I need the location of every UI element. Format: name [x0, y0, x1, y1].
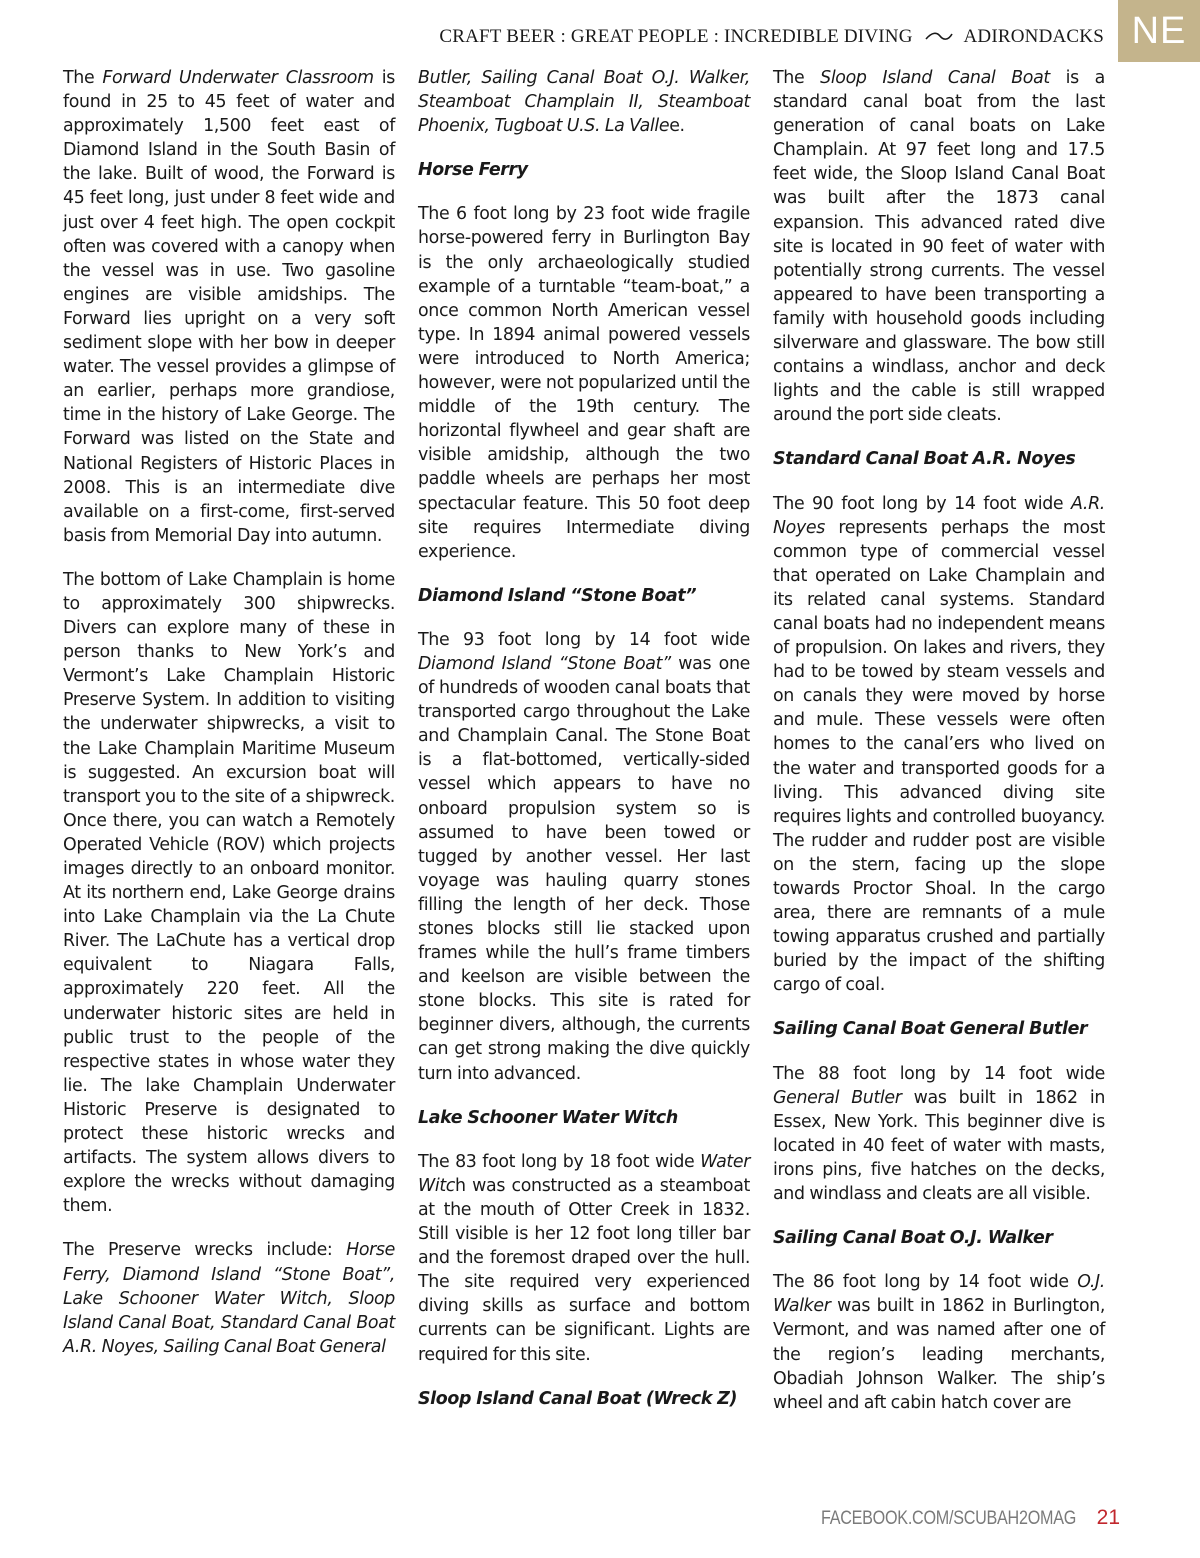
paragraph-water-witch: The 83 foot long by 18 foot wide Water W… [418, 1150, 750, 1367]
paragraph-preserve-wrecks-continued: Butler, Sailing Canal Boat O.J. Walker, … [418, 66, 750, 138]
text: The [773, 68, 820, 88]
vessel-name: Sloop Island Canal Boat [820, 68, 1050, 88]
text: e. [669, 116, 685, 136]
heading-sloop-island: Sloop Island Canal Boat (Wreck Z) [418, 1387, 750, 1411]
heading-horse-ferry: Horse Ferry [418, 158, 750, 182]
text: The [63, 68, 102, 88]
header-region: ADIRONDACKS [964, 26, 1105, 47]
heading-ar-noyes: Standard Canal Boat A.R. Noyes [773, 447, 1105, 471]
text: is a standard canal boat from the last g… [773, 68, 1105, 425]
paragraph-sloop-island: The Sloop Island Canal Boat is a standar… [773, 66, 1105, 427]
column-1: The Forward Underwater Classroom is foun… [63, 66, 395, 1435]
paragraph-horse-ferry: The 6 foot long by 23 foot wide fragile … [418, 202, 750, 563]
section-tab: NE [1118, 0, 1200, 62]
paragraph-forward: The Forward Underwater Classroom is foun… [63, 66, 395, 548]
paragraph-oj-walker: The 86 foot long by 14 foot wide O.J. Wa… [773, 1270, 1105, 1415]
heading-general-butler: Sailing Canal Boat General Butler [773, 1017, 1105, 1041]
running-header: CRAFT BEER : GREAT PEOPLE : INCREDIBLE D… [380, 26, 1104, 49]
text: The 86 foot long by 14 foot wide [773, 1272, 1077, 1292]
text: The 90 foot long by 14 foot wide [773, 494, 1071, 514]
paragraph-general-butler: The 88 foot long by 14 foot wide General… [773, 1062, 1105, 1207]
facebook-link[interactable]: FACEBOOK.COM/SCUBAH2OMAG [821, 1508, 1076, 1530]
vessel-name: General Butler [773, 1088, 902, 1108]
text: The 93 foot long by 14 foot wide [418, 630, 750, 650]
header-tagline: CRAFT BEER : GREAT PEOPLE : INCREDIBLE D… [439, 26, 912, 47]
text: was one of hundreds of wooden canal boat… [418, 654, 750, 1084]
paragraph-lake-champlain: The bottom of Lake Champlain is home to … [63, 568, 395, 1219]
wreck-list: Butler, Sailing Canal Boat O.J. Walker, … [418, 68, 750, 136]
page-footer: FACEBOOK.COM/SCUBAH2OMAG 21 [776, 1506, 1120, 1530]
vessel-name: Diamond Island “Stone Boat” [418, 654, 671, 674]
paragraph-preserve-wrecks: The Preserve wrecks include: Horse Ferry… [63, 1238, 395, 1358]
column-3: The Sloop Island Canal Boat is a standar… [773, 66, 1105, 1435]
page-number: 21 [1097, 1506, 1120, 1529]
column-2: Butler, Sailing Canal Boat O.J. Walker, … [418, 66, 750, 1435]
article-columns: The Forward Underwater Classroom is foun… [63, 66, 1105, 1435]
text: The 88 foot long by 14 foot wide [773, 1064, 1105, 1084]
heading-stone-boat: Diamond Island “Stone Boat” [418, 584, 750, 608]
paragraph-stone-boat: The 93 foot long by 14 foot wide Diamond… [418, 628, 750, 1086]
tilde-swash-icon [924, 27, 954, 49]
heading-water-witch: Lake Schooner Water Witch [418, 1106, 750, 1130]
text: is found in 25 to 45 feet of water and a… [63, 68, 395, 546]
vessel-name: Forward Underwater Classroom [102, 68, 373, 88]
paragraph-ar-noyes: The 90 foot long by 14 foot wide A.R. No… [773, 492, 1105, 998]
text: The 83 foot long by 18 foot wide [418, 1152, 700, 1172]
text: represents perhaps the most common type … [773, 518, 1105, 996]
heading-oj-walker: Sailing Canal Boat O.J. Walker [773, 1226, 1105, 1250]
text: h was constructed as a steamboat at the … [418, 1176, 750, 1365]
text: The Preserve wrecks include: [63, 1240, 346, 1260]
